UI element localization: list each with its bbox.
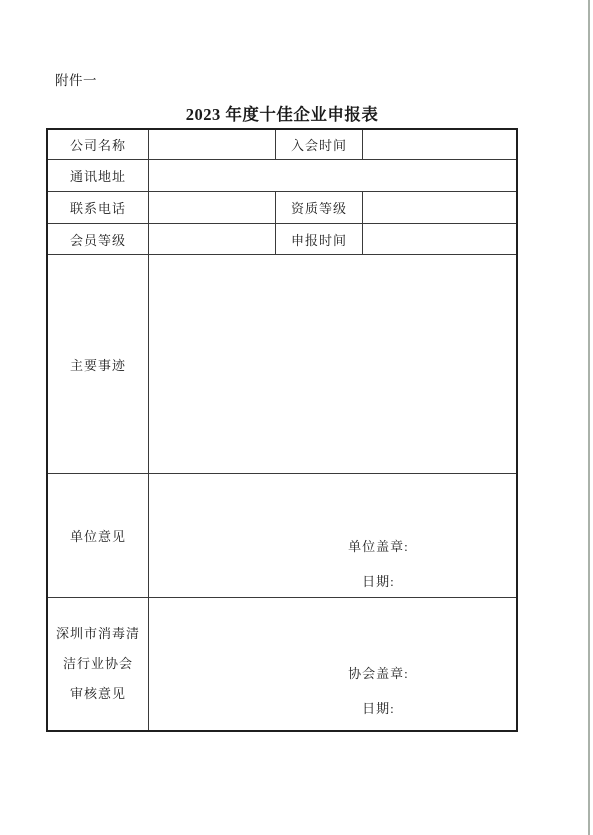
unit-seal-label: 单位盖章: (241, 536, 516, 555)
join-time-label: 入会时间 (276, 130, 363, 160)
document-page: { "page": { "attachment_label": "附件一", "… (0, 0, 593, 835)
address-label: 通讯地址 (48, 160, 149, 192)
application-form-table: 公司名称 入会时间 通讯地址 联系电话 资质等级 会员等级 申报时间 主要事迹 … (46, 128, 518, 732)
association-opinion-label-line1: 深圳市消毒清 (56, 619, 140, 649)
qualification-level-label: 资质等级 (276, 192, 363, 224)
unit-date-label: 日期: (241, 571, 516, 590)
member-level-label: 会员等级 (48, 224, 149, 255)
member-level-field[interactable] (149, 224, 276, 255)
address-field[interactable] (149, 160, 516, 192)
association-date-label: 日期: (241, 698, 516, 717)
apply-time-field[interactable] (363, 224, 516, 255)
association-opinion-label-line2: 洁行业协会 (63, 649, 133, 679)
join-time-field[interactable] (363, 130, 516, 160)
unit-opinion-label: 单位意见 (48, 474, 149, 598)
association-seal-label: 协会盖章: (241, 663, 516, 682)
association-stamp-block: 协会盖章: 日期: (241, 663, 516, 730)
association-opinion-field[interactable]: 协会盖章: 日期: (149, 598, 516, 730)
company-name-label: 公司名称 (48, 130, 149, 160)
qualification-level-field[interactable] (363, 192, 516, 224)
phone-label: 联系电话 (48, 192, 149, 224)
page-title: 2023 年度十佳企业申报表 (47, 101, 517, 125)
association-opinion-label-line3: 审核意见 (70, 679, 126, 709)
company-name-field[interactable] (149, 130, 276, 160)
apply-time-label: 申报时间 (276, 224, 363, 255)
achievements-label: 主要事迹 (48, 255, 149, 474)
association-opinion-label: 深圳市消毒清 洁行业协会 审核意见 (48, 598, 149, 730)
attachment-label: 附件一 (55, 69, 97, 89)
unit-opinion-field[interactable]: 单位盖章: 日期: (149, 474, 516, 598)
page-right-edge-divider (588, 0, 590, 835)
unit-stamp-block: 单位盖章: 日期: (241, 536, 516, 597)
achievements-field[interactable] (149, 255, 516, 474)
phone-field[interactable] (149, 192, 276, 224)
